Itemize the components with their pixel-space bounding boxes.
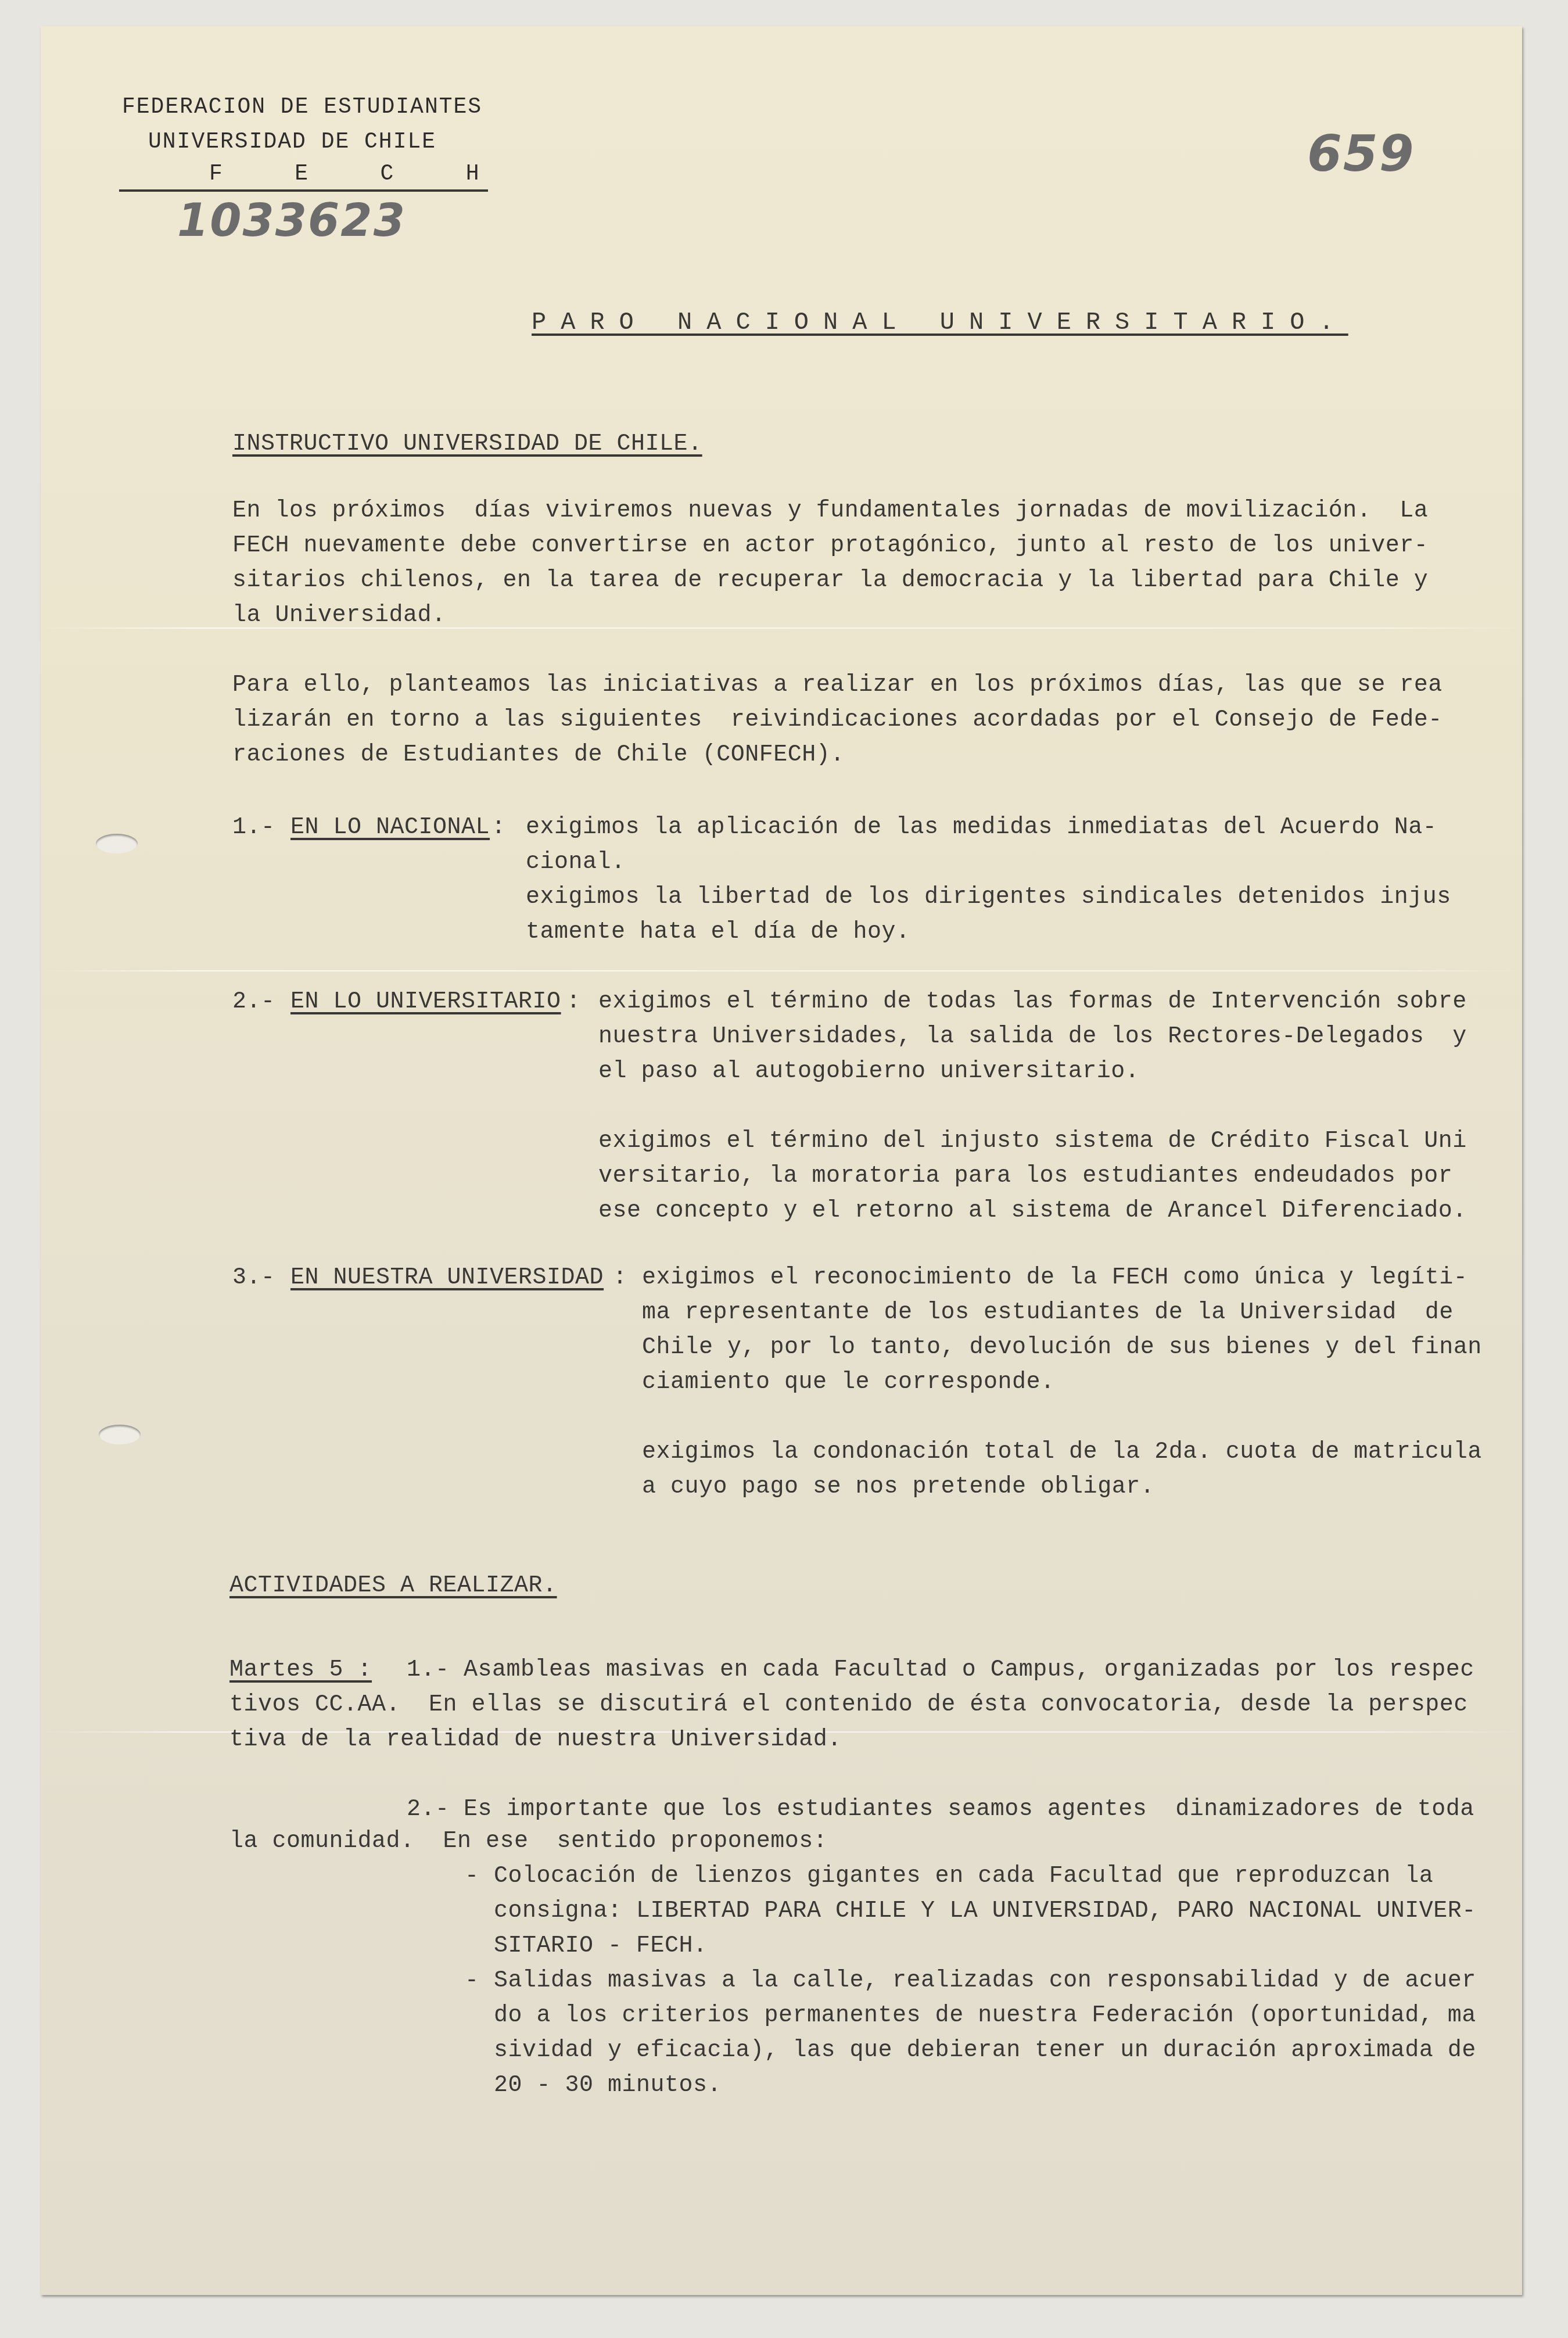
paragraph-line: FECH nuevamente debe convertirse en acto… bbox=[232, 529, 1428, 564]
handwritten-page-number: 659 bbox=[1307, 125, 1415, 183]
paragraph-line: la Universidad. bbox=[232, 598, 446, 633]
bullet-line: 20 - 30 minutos. bbox=[494, 2068, 722, 2103]
demand-line: tamente hata el día de hoy. bbox=[526, 915, 910, 950]
bullet-line: consigna: LIBERTAD PARA CHILE Y LA UNIVE… bbox=[494, 1894, 1476, 1929]
paragraph-line: Para ello, planteamos las iniciativas a … bbox=[232, 668, 1443, 703]
demand-line: Chile y, por lo tanto, devolución de sus… bbox=[642, 1331, 1482, 1365]
section-heading-actividades: ACTIVIDADES A REALIZAR. bbox=[229, 1569, 557, 1604]
demand-line: ciamiento que le corresponde. bbox=[642, 1365, 1055, 1400]
letterhead-rule bbox=[119, 189, 488, 192]
demand-number: 1.- bbox=[232, 811, 275, 845]
section-heading-instructivo: INSTRUCTIVO UNIVERSIDAD DE CHILE. bbox=[232, 427, 702, 462]
activity-line: 1.- Asambleas masivas en cada Facultad o… bbox=[407, 1653, 1474, 1688]
demand-number: 2.- bbox=[232, 985, 275, 1020]
org-name-line1: FEDERACION DE ESTUDIANTES bbox=[122, 90, 482, 125]
paper-fold-crease bbox=[41, 970, 1522, 971]
demand-line: ma representante de los estudiantes de l… bbox=[642, 1296, 1454, 1331]
demand-line: exigimos la condonación total de la 2da.… bbox=[642, 1435, 1482, 1470]
bullet-dash: - bbox=[465, 1859, 479, 1894]
activity-line: tivos CC.AA. En ellas se discutirá el co… bbox=[229, 1688, 1468, 1723]
org-acronym: F E C H bbox=[209, 157, 487, 192]
label-colon: : bbox=[491, 811, 506, 845]
bullet-line: do a los criterios permanentes de nuestr… bbox=[494, 1999, 1476, 2034]
bullet-dash: - bbox=[465, 1964, 479, 1999]
demand-line: exigimos el término del injusto sistema … bbox=[598, 1124, 1467, 1159]
bullet-line: SITARIO - FECH. bbox=[494, 1929, 708, 1964]
demand-number: 3.- bbox=[232, 1261, 275, 1296]
punch-hole bbox=[96, 834, 138, 854]
demand-label: EN LO UNIVERSITARIO bbox=[290, 985, 561, 1020]
demand-label: EN LO NACIONAL bbox=[290, 811, 490, 845]
document-title: PARO NACIONAL UNIVERSITARIO. bbox=[532, 305, 1348, 340]
bullet-line: sividad y eficacia), las que debieran te… bbox=[494, 2034, 1476, 2068]
demand-line: cional. bbox=[526, 845, 626, 880]
demand-line: el paso al autogobierno universitario. bbox=[598, 1055, 1139, 1089]
paragraph-line: sitarios chilenos, en la tarea de recupe… bbox=[232, 564, 1428, 598]
activity-line: 2.- Es importante que los estudiantes se… bbox=[407, 1792, 1474, 1827]
handwritten-archive-id: 1033623 bbox=[177, 195, 406, 247]
paragraph-line: En los próximos días viviremos nuevas y … bbox=[232, 494, 1428, 529]
label-colon: : bbox=[613, 1261, 627, 1296]
bullet-line: Salidas masivas a la calle, realizadas c… bbox=[494, 1964, 1476, 1999]
paragraph-line: raciones de Estudiantes de Chile (CONFEC… bbox=[232, 738, 845, 773]
demand-line: ese concepto y el retorno al sistema de … bbox=[598, 1194, 1467, 1229]
day-label: Martes 5 : bbox=[229, 1653, 372, 1688]
demand-line: nuestra Universidades, la salida de los … bbox=[598, 1020, 1467, 1055]
demand-line: exigimos el reconocimiento de la FECH co… bbox=[642, 1261, 1467, 1296]
demand-label: EN NUESTRA UNIVERSIDAD bbox=[290, 1261, 604, 1296]
paragraph-line: lizarán en torno a las siguientes reivin… bbox=[232, 703, 1443, 738]
label-colon: : bbox=[566, 985, 581, 1020]
demand-line: exigimos el término de todas las formas … bbox=[598, 985, 1467, 1020]
punch-hole bbox=[99, 1425, 141, 1444]
demand-line: exigimos la libertad de los dirigentes s… bbox=[526, 880, 1451, 915]
demand-line: versitario, la moratoria para los estudi… bbox=[598, 1159, 1452, 1194]
demand-line: exigimos la aplicación de las medidas in… bbox=[526, 811, 1437, 845]
org-name-line2: UNIVERSIDAD DE CHILE bbox=[148, 125, 436, 160]
demand-line: a cuyo pago se nos pretende obligar. bbox=[642, 1470, 1154, 1505]
activity-line: tiva de la realidad de nuestra Universid… bbox=[229, 1723, 842, 1758]
bullet-line: Colocación de lienzos gigantes en cada F… bbox=[494, 1859, 1433, 1894]
activity-line: la comunidad. En ese sentido proponemos: bbox=[229, 1824, 827, 1859]
